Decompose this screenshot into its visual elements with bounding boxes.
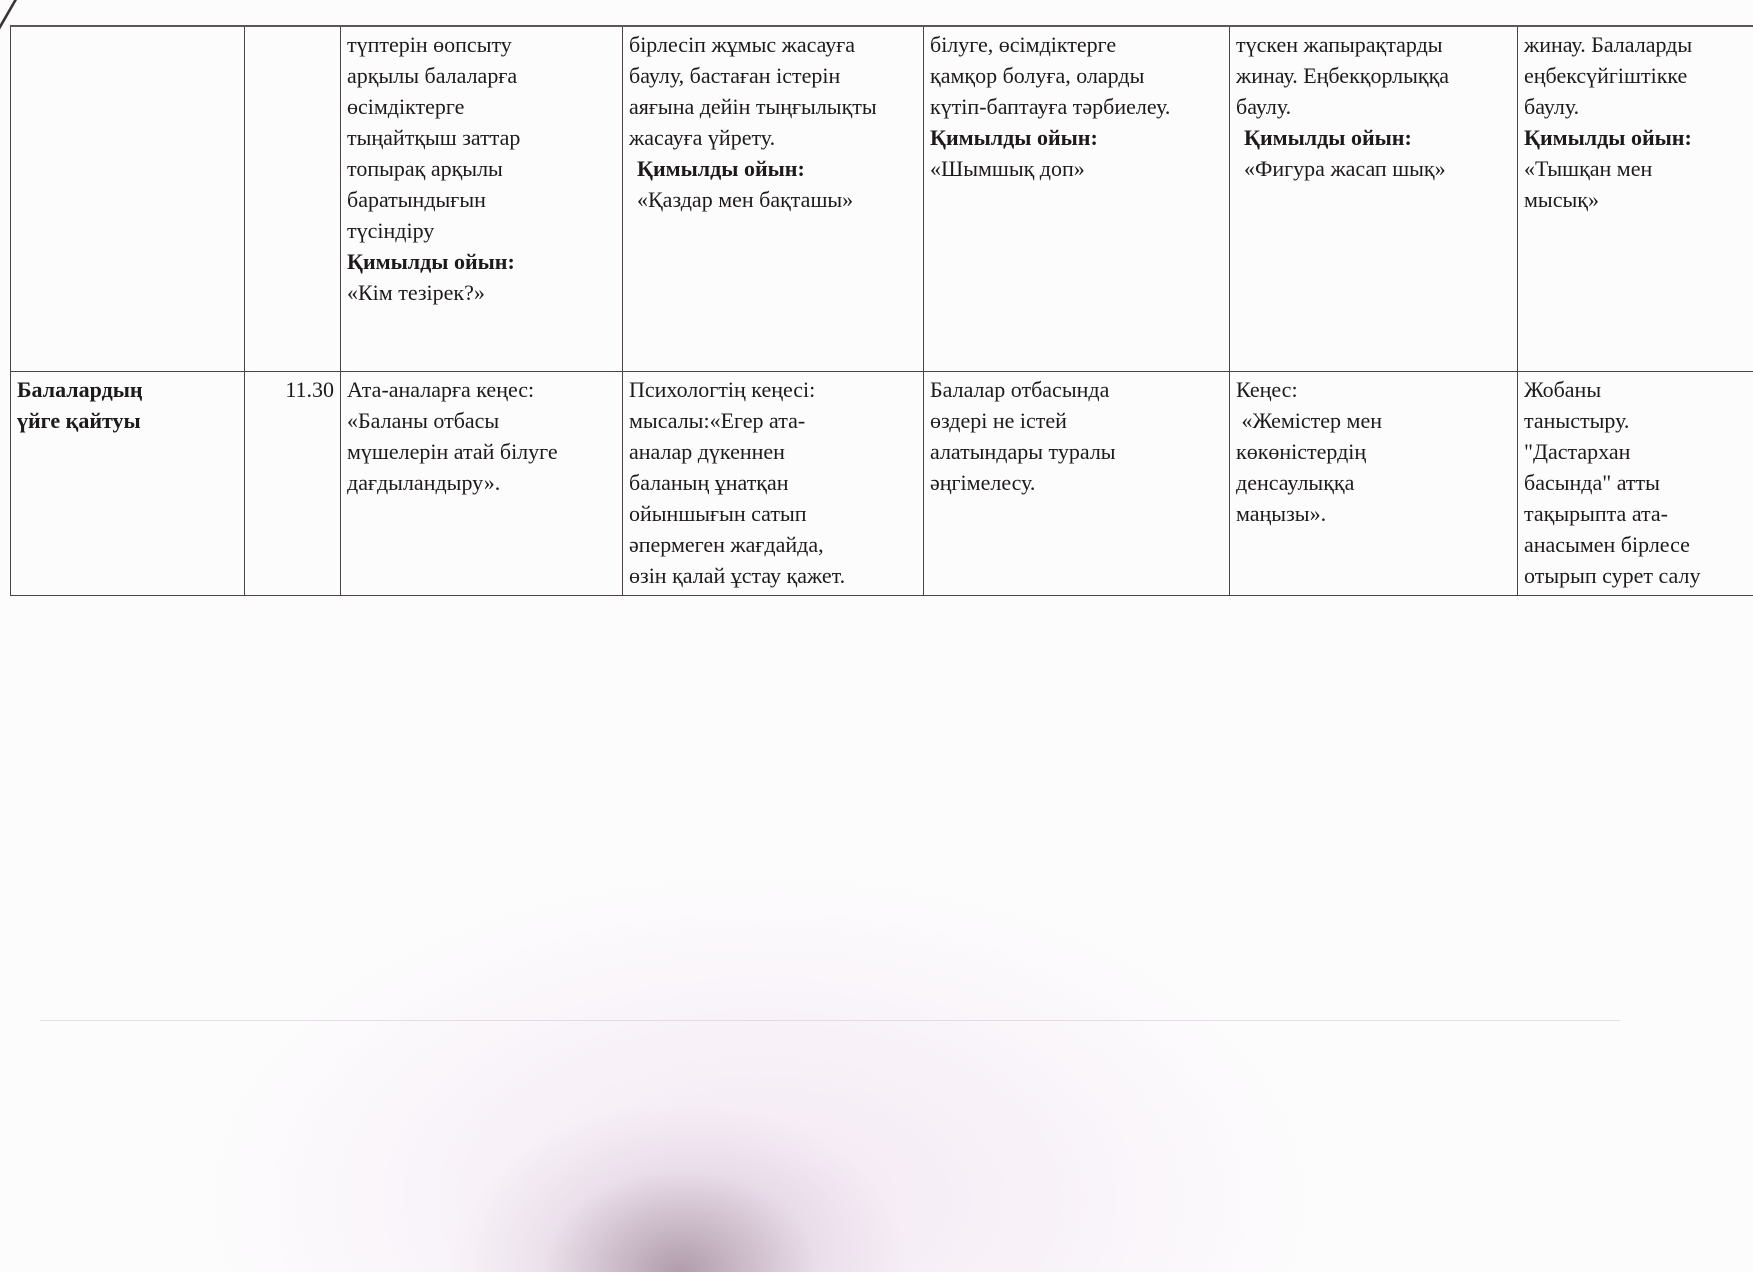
- cell-text: бірлесіп жұмыс жасауға: [629, 29, 917, 60]
- thursday-cell: Кеңес: «Жемістер мен көкөністердің денса…: [1230, 372, 1518, 596]
- cell-text: Кеңес:: [1236, 374, 1511, 405]
- cell-text: отырып сурет салу: [1524, 560, 1747, 591]
- time-cell: 11.30: [245, 372, 341, 596]
- game-name: мысық»: [1524, 184, 1747, 215]
- cell-text: баратындығын: [347, 184, 616, 215]
- cell-text: әпермеген жағдайда,: [629, 529, 917, 560]
- time-cell: [245, 27, 341, 372]
- tuesday-cell: бірлесіп жұмыс жасауға баулу, бастаған і…: [623, 27, 924, 372]
- cell-text: Балалар отбасында: [930, 374, 1223, 405]
- activity-cell: [11, 27, 245, 372]
- game-heading: Қимылды ойын:: [1236, 122, 1511, 153]
- cell-text: дағдыландыру».: [347, 467, 616, 498]
- cell-text: маңызы».: [1236, 498, 1511, 529]
- cell-text: еңбексүйгіштікке: [1524, 60, 1747, 91]
- cell-text: қамқор болуға, оларды: [930, 60, 1223, 91]
- cell-text: түскен жапырақтарды: [1236, 29, 1511, 60]
- cell-text: түптерін өопсыту: [347, 29, 616, 60]
- cell-text: мысалы:«Егер ата-: [629, 405, 917, 436]
- cell-text: баланың ұнатқан: [629, 467, 917, 498]
- table-row: Балалардың үйге қайтуы 11.30 Ата-аналарғ…: [11, 372, 1753, 596]
- wednesday-cell: Балалар отбасында өздері не істей алатын…: [924, 372, 1230, 596]
- cell-text: күтіп-баптауға тәрбиелеу.: [930, 91, 1223, 122]
- cell-text: Психологтің кеңесі:: [629, 374, 917, 405]
- cell-text: баулу, бастаған істерін: [629, 60, 917, 91]
- cell-text: өсімдіктерге: [347, 91, 616, 122]
- cell-text: "Дастархан: [1524, 436, 1747, 467]
- monday-cell: түптерін өопсыту арқылы балаларға өсімді…: [341, 27, 623, 372]
- cell-text: баулу.: [1236, 91, 1511, 122]
- cell-text: мүшелерін атай білуге: [347, 436, 616, 467]
- monday-cell: Ата-аналарға кеңес: «Баланы отбасы мүшел…: [341, 372, 623, 596]
- cell-text: Жобаны: [1524, 374, 1747, 405]
- cell-text: өзін қалай ұстау қажет.: [629, 560, 917, 591]
- activity-label: Балалардың: [17, 374, 238, 405]
- cell-text: тыңайтқыш заттар: [347, 122, 616, 153]
- cell-text: көкөністердің: [1236, 436, 1511, 467]
- cell-text: аналар дүкеннен: [629, 436, 917, 467]
- cell-text: ойыншығын сатып: [629, 498, 917, 529]
- tuesday-cell: Психологтің кеңесі: мысалы:«Егер ата- ан…: [623, 372, 924, 596]
- activity-label: үйге қайтуы: [17, 405, 238, 436]
- cell-text: әңгімелесу.: [930, 467, 1223, 498]
- game-name: «Шымшық доп»: [930, 153, 1223, 184]
- time-value: 11.30: [285, 377, 334, 402]
- cell-text: түсіндіру: [347, 215, 616, 246]
- cell-text: жинау. Балаларды: [1524, 29, 1747, 60]
- cell-text: Ата-аналарға кеңес:: [347, 374, 616, 405]
- thursday-cell: түскен жапырақтарды жинау. Еңбекқорлыққа…: [1230, 27, 1518, 372]
- game-heading: Қимылды ойын:: [1524, 122, 1747, 153]
- cell-text: өздері не істей: [930, 405, 1223, 436]
- cell-text: «Баланы отбасы: [347, 405, 616, 436]
- cell-text: аяғына дейін тыңғылықты: [629, 91, 917, 122]
- game-heading: Қимылды ойын:: [347, 246, 616, 277]
- cell-text: анасымен бірлесе: [1524, 529, 1747, 560]
- cell-text: денсаулыққа: [1236, 467, 1511, 498]
- paper-fold-shadow: [40, 1020, 1620, 1272]
- cell-text: таныстыру.: [1524, 405, 1747, 436]
- table-row: түптерін өопсыту арқылы балаларға өсімді…: [11, 27, 1753, 372]
- cell-text: жинау. Еңбекқорлыққа: [1236, 60, 1511, 91]
- cell-text: білуге, өсімдіктерге: [930, 29, 1223, 60]
- cell-text: басында" атты: [1524, 467, 1747, 498]
- cell-text: баулу.: [1524, 91, 1747, 122]
- game-name: «Тышқан мен: [1524, 153, 1747, 184]
- wednesday-cell: білуге, өсімдіктерге қамқор болуға, олар…: [924, 27, 1230, 372]
- activity-cell: Балалардың үйге қайтуы: [11, 372, 245, 596]
- friday-cell: жинау. Балаларды еңбексүйгіштікке баулу.…: [1518, 27, 1753, 372]
- game-name: «Фигура жасап шық»: [1236, 153, 1511, 184]
- cell-text: арқылы балаларға: [347, 60, 616, 91]
- game-heading: Қимылды ойын:: [629, 153, 917, 184]
- cell-text: алатындары туралы: [930, 436, 1223, 467]
- cell-text: тақырыпта ата-: [1524, 498, 1747, 529]
- cell-text: «Жемістер мен: [1236, 405, 1511, 436]
- cell-text: жасауға үйрету.: [629, 122, 917, 153]
- cell-text: топырақ арқылы: [347, 153, 616, 184]
- friday-cell: Жобаны таныстыру. "Дастархан басында" ат…: [1518, 372, 1753, 596]
- daily-plan-table: түптерін өопсыту арқылы балаларға өсімді…: [10, 27, 1753, 596]
- game-name: «Кім тезірек?»: [347, 277, 616, 308]
- game-name: «Қаздар мен бақташы»: [629, 184, 917, 215]
- game-heading: Қимылды ойын:: [930, 122, 1223, 153]
